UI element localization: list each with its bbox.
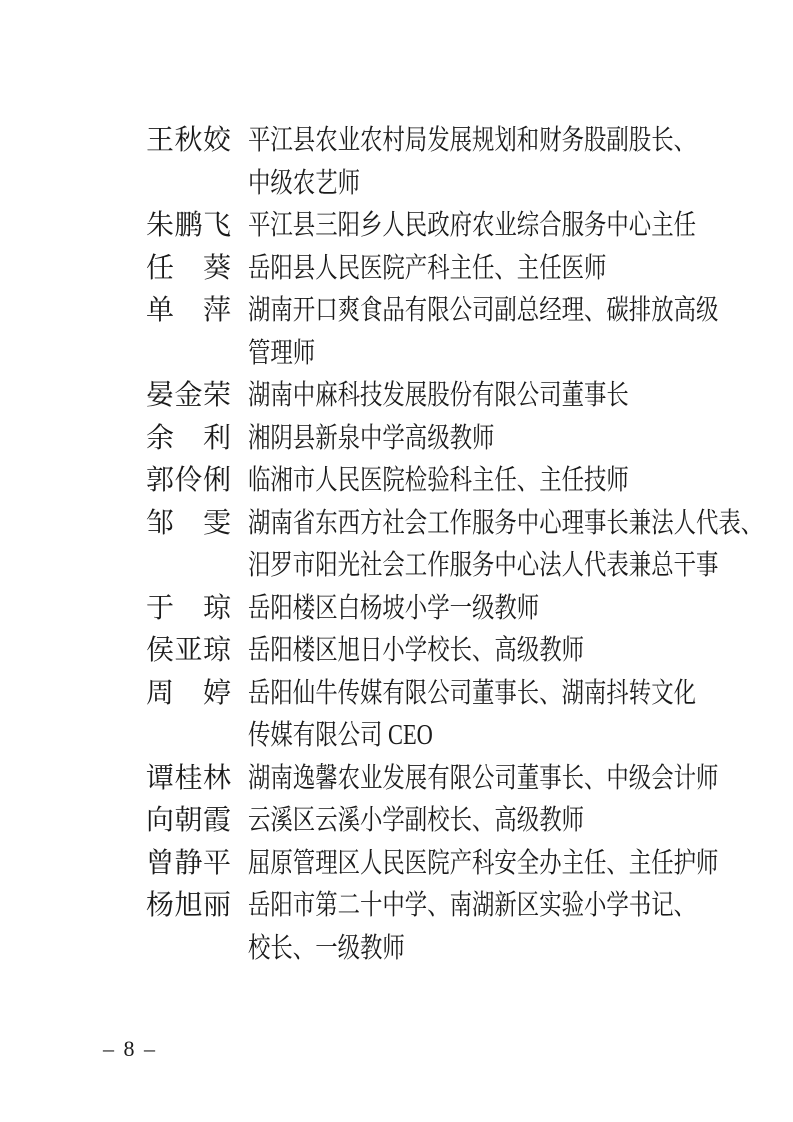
roster-entry: 侯亚琼 岳阳楼区旭日小学校长、高级教师 bbox=[146, 630, 793, 673]
person-title: 湘阴县新泉中学高级教师 bbox=[248, 418, 494, 461]
person-title: 平江县三阳乡人民政府农业综合服务中心主任 bbox=[248, 205, 696, 248]
roster-entry: 周 婷 岳阳仙牛传媒有限公司董事长、湖南抖转文化传媒有限公司 CEO bbox=[146, 673, 793, 758]
person-name: 向朝霞 bbox=[146, 800, 248, 843]
person-title: 云溪区云溪小学副校长、高级教师 bbox=[248, 800, 584, 843]
roster-entry: 晏金荣 湖南中麻科技发展股份有限公司董事长 bbox=[146, 375, 793, 418]
person-title-line: 湖南省东西方社会工作服务中心理事长兼法人代表、 bbox=[248, 503, 763, 546]
person-title: 岳阳市第二十中学、南湖新区实验小学书记、校长、一级教师 bbox=[248, 885, 696, 970]
person-title-line: 管理师 bbox=[248, 333, 718, 376]
person-title-line: 临湘市人民医院检验科主任、主任技师 bbox=[248, 460, 629, 503]
person-title-line: 岳阳市第二十中学、南湖新区实验小学书记、 bbox=[248, 885, 696, 928]
person-title: 岳阳县人民医院产科主任、主任医师 bbox=[248, 248, 606, 291]
person-name: 晏金荣 bbox=[146, 375, 248, 418]
person-name: 周 婷 bbox=[146, 673, 248, 716]
person-title-line: 岳阳县人民医院产科主任、主任医师 bbox=[248, 248, 606, 291]
person-title-line: 岳阳仙牛传媒有限公司董事长、湖南抖转文化 bbox=[248, 673, 696, 716]
person-title-line: 岳阳楼区白杨坡小学一级教师 bbox=[248, 588, 539, 631]
person-title-line: 湘阴县新泉中学高级教师 bbox=[248, 418, 494, 461]
person-title-line: 汨罗市阳光社会工作服务中心法人代表兼总干事 bbox=[248, 545, 763, 588]
person-title: 岳阳楼区白杨坡小学一级教师 bbox=[248, 588, 539, 631]
person-name: 单 萍 bbox=[146, 290, 248, 333]
person-name: 任 葵 bbox=[146, 248, 248, 291]
person-title-line: 中级农艺师 bbox=[248, 163, 696, 206]
person-title-line: 传媒有限公司 CEO bbox=[248, 715, 696, 758]
person-title-line: 屈原管理区人民医院产科安全办主任、主任护师 bbox=[248, 843, 718, 886]
roster-entry: 杨旭丽 岳阳市第二十中学、南湖新区实验小学书记、校长、一级教师 bbox=[146, 885, 793, 970]
roster-entry: 朱鹏飞 平江县三阳乡人民政府农业综合服务中心主任 bbox=[146, 205, 793, 248]
person-name: 朱鹏飞 bbox=[146, 205, 248, 248]
document-page: 王秋姣 平江县农业农村局发展规划和财务股副股长、中级农艺师 朱鹏飞 平江县三阳乡… bbox=[0, 0, 793, 1122]
person-title-line: 湖南开口爽食品有限公司副总经理、碳排放高级 bbox=[248, 290, 718, 333]
person-name: 郭伶俐 bbox=[146, 460, 248, 503]
person-name: 王秋姣 bbox=[146, 120, 248, 163]
person-title: 屈原管理区人民医院产科安全办主任、主任护师 bbox=[248, 843, 718, 886]
person-title: 临湘市人民医院检验科主任、主任技师 bbox=[248, 460, 629, 503]
person-title: 湖南中麻科技发展股份有限公司董事长 bbox=[248, 375, 629, 418]
roster-entry: 邹 雯 湖南省东西方社会工作服务中心理事长兼法人代表、汨罗市阳光社会工作服务中心… bbox=[146, 503, 793, 588]
roster-entry: 余 利 湘阴县新泉中学高级教师 bbox=[146, 418, 793, 461]
roster-entry: 任 葵 岳阳县人民医院产科主任、主任医师 bbox=[146, 248, 793, 291]
person-title: 湖南逸馨农业发展有限公司董事长、中级会计师 bbox=[248, 758, 718, 801]
roster-entry: 单 萍 湖南开口爽食品有限公司副总经理、碳排放高级管理师 bbox=[146, 290, 793, 375]
roster-entry: 于 琼 岳阳楼区白杨坡小学一级教师 bbox=[146, 588, 793, 631]
person-title: 湖南开口爽食品有限公司副总经理、碳排放高级管理师 bbox=[248, 290, 718, 375]
person-title-line: 湖南中麻科技发展股份有限公司董事长 bbox=[248, 375, 629, 418]
person-title-line: 云溪区云溪小学副校长、高级教师 bbox=[248, 800, 584, 843]
person-title-line: 岳阳楼区旭日小学校长、高级教师 bbox=[248, 630, 584, 673]
person-title: 平江县农业农村局发展规划和财务股副股长、中级农艺师 bbox=[248, 120, 696, 205]
roster-entry: 郭伶俐 临湘市人民医院检验科主任、主任技师 bbox=[146, 460, 793, 503]
person-title: 岳阳仙牛传媒有限公司董事长、湖南抖转文化传媒有限公司 CEO bbox=[248, 673, 696, 758]
roster-entry: 曾静平 屈原管理区人民医院产科安全办主任、主任护师 bbox=[146, 843, 793, 886]
person-name: 谭桂林 bbox=[146, 758, 248, 801]
person-title-line: 平江县三阳乡人民政府农业综合服务中心主任 bbox=[248, 205, 696, 248]
roster-entry: 向朝霞 云溪区云溪小学副校长、高级教师 bbox=[146, 800, 793, 843]
person-name: 杨旭丽 bbox=[146, 885, 248, 928]
person-name: 余 利 bbox=[146, 418, 248, 461]
person-name: 侯亚琼 bbox=[146, 630, 248, 673]
person-title: 湖南省东西方社会工作服务中心理事长兼法人代表、汨罗市阳光社会工作服务中心法人代表… bbox=[248, 503, 763, 588]
person-title: 岳阳楼区旭日小学校长、高级教师 bbox=[248, 630, 584, 673]
roster-list: 王秋姣 平江县农业农村局发展规划和财务股副股长、中级农艺师 朱鹏飞 平江县三阳乡… bbox=[146, 120, 793, 970]
person-name: 邹 雯 bbox=[146, 503, 248, 546]
roster-entry: 王秋姣 平江县农业农村局发展规划和财务股副股长、中级农艺师 bbox=[146, 120, 793, 205]
person-title-line: 湖南逸馨农业发展有限公司董事长、中级会计师 bbox=[248, 758, 718, 801]
person-title-line: 平江县农业农村局发展规划和财务股副股长、 bbox=[248, 120, 696, 163]
person-name: 于 琼 bbox=[146, 588, 248, 631]
person-title-line: 校长、一级教师 bbox=[248, 928, 696, 971]
page-number-label: – 8 – bbox=[103, 1036, 157, 1062]
person-name: 曾静平 bbox=[146, 843, 248, 886]
roster-entry: 谭桂林 湖南逸馨农业发展有限公司董事长、中级会计师 bbox=[146, 758, 793, 801]
